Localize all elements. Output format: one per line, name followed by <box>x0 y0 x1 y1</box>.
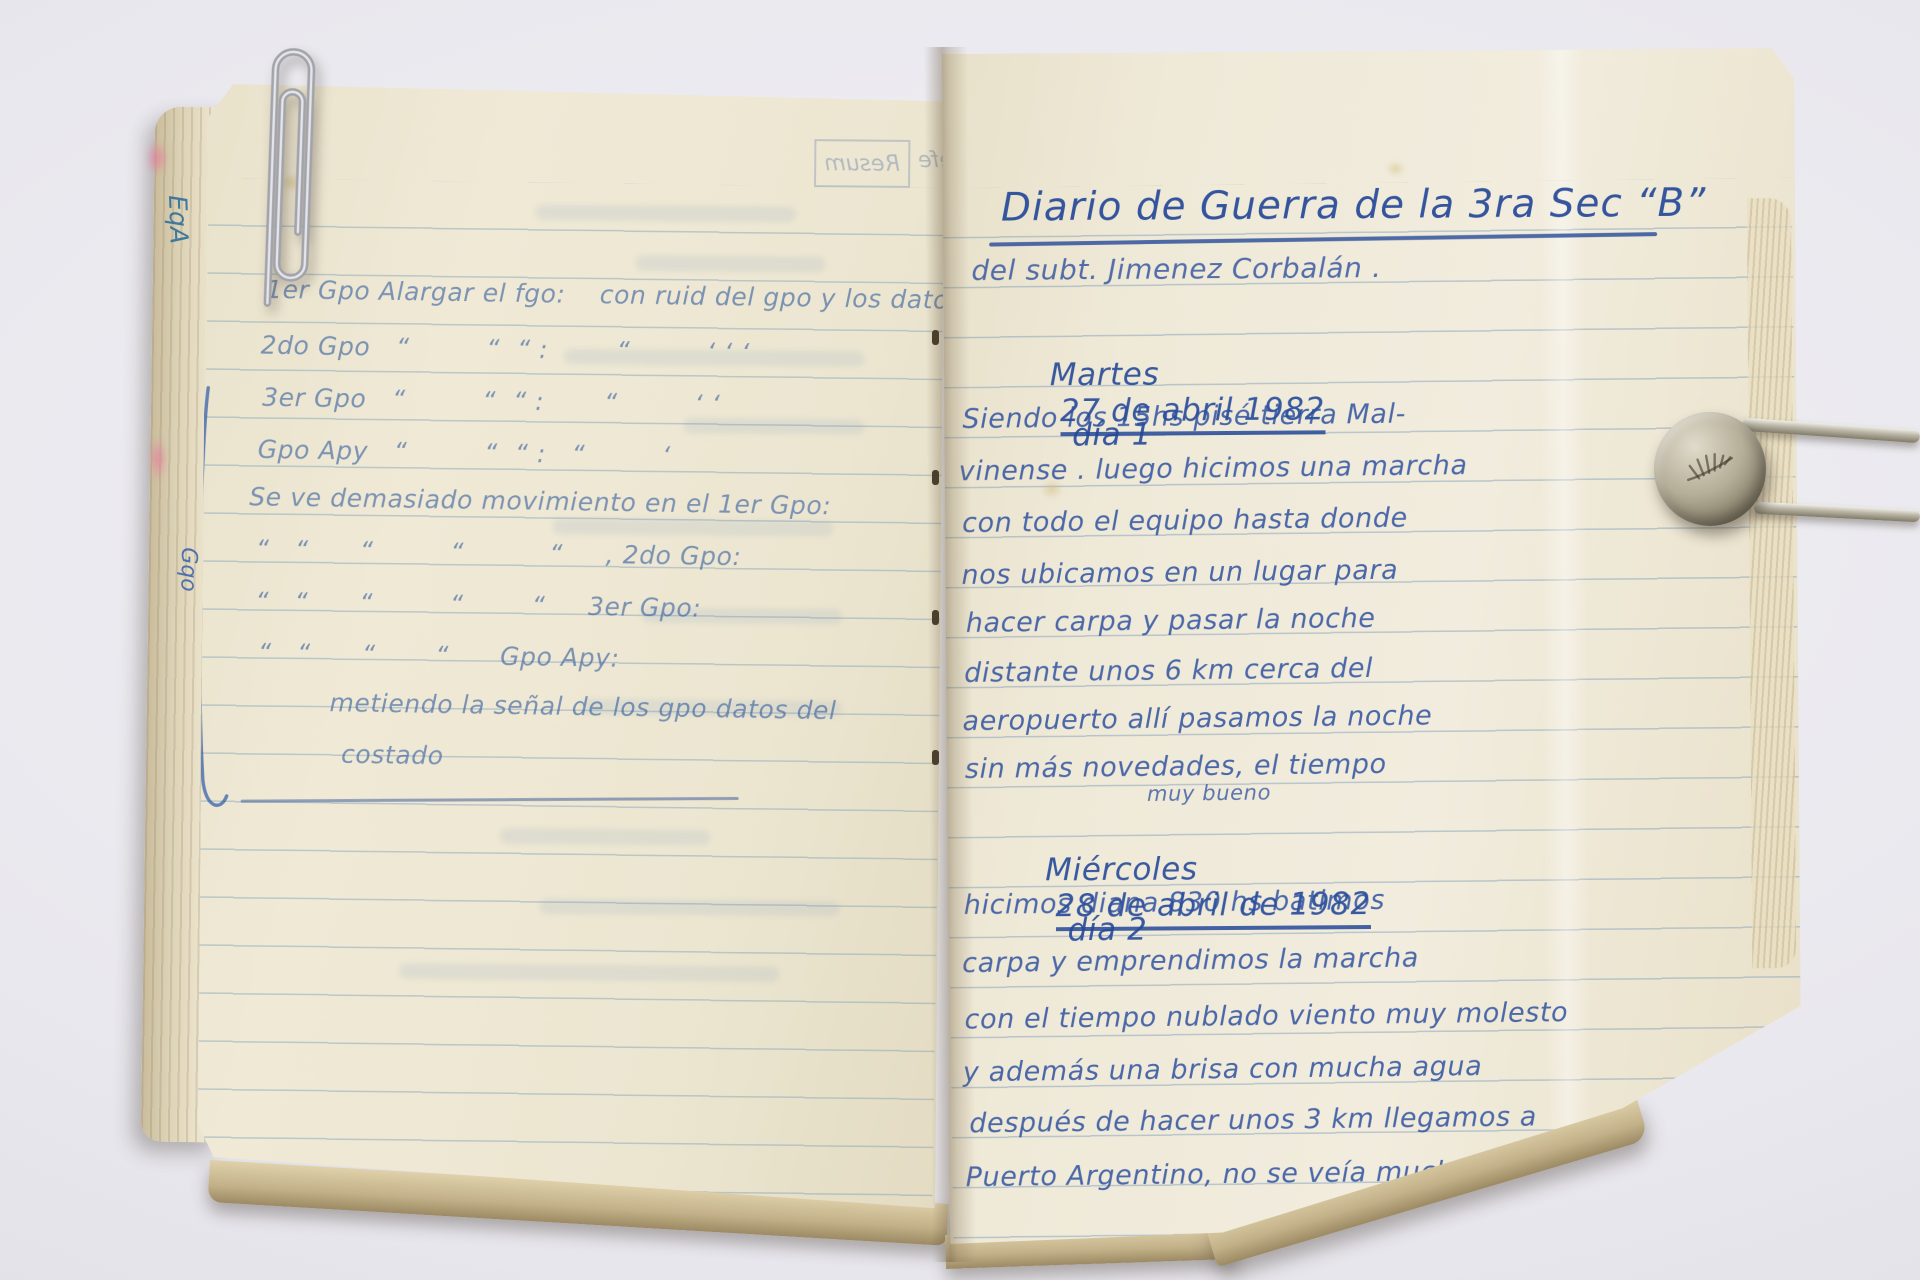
note-line: “ “ “ “ “ , 2do Gpo: <box>256 535 742 572</box>
pink-smudge <box>142 134 172 182</box>
note-line: Gpo Apy “ “ “ : “ ‘ <box>257 435 670 470</box>
diary-line: carpa y emprendimos la marcha <box>962 942 1419 979</box>
note-line: Se ve demasiado movimiento en el 1er Gpo… <box>249 482 832 520</box>
entry-2-day: Miércoles <box>1045 851 1198 888</box>
bleedthrough-smudge <box>635 256 825 273</box>
hand-divider-line <box>241 797 739 803</box>
bleedthrough-smudge <box>540 899 840 917</box>
diary-line: con todo el equipo hasta donde <box>962 503 1408 539</box>
diary-line: hicimos diana 830 hs batimos <box>964 885 1386 921</box>
diary-line: Siendo los 15hs pisé tierra Mal- <box>962 399 1406 435</box>
diary-line: sin más novedades, el tiempo <box>965 749 1387 785</box>
diary-line: distante unos 6 km cerca del <box>964 653 1373 689</box>
binding-stitch <box>932 330 939 345</box>
note-line: 2do Gpo “ “ “ : “ ‘ ‘ ‘ <box>260 331 750 368</box>
binding-stitch <box>932 750 939 765</box>
notebook: EqA Gqo Resum Jefe 1er Gpo Alargar el fg… <box>140 45 1820 1280</box>
photo-surface: EqA Gqo Resum Jefe 1er Gpo Alargar el fg… <box>0 0 1920 1280</box>
inserted-note: muy bueno <box>1147 780 1271 806</box>
fore-edge-stack <box>1747 198 1796 968</box>
page-sheen <box>1538 50 1592 1240</box>
diary-line: después de hacer unos 3 km llegamos a <box>969 1101 1537 1139</box>
thistle-icon <box>1671 430 1749 508</box>
note-line: “ “ “ “ “ 3er Gpo: <box>255 587 701 623</box>
bleedthrough-smudge <box>536 205 796 222</box>
diary-subtitle: del subt. Jimenez Corbalán . <box>971 251 1381 287</box>
diary-line: vinense . luego hicimos una marcha <box>959 450 1468 487</box>
bleedthrough-box-label: Resum <box>824 151 900 177</box>
paperclip <box>249 31 341 312</box>
bleedthrough-smudge <box>500 828 710 845</box>
diary-line: hacer carpa y pasar la noche <box>966 603 1376 639</box>
margin-tab-note-mid: Gqo <box>175 547 201 592</box>
bleedthrough-box: Resum <box>814 139 910 188</box>
margin-tab-note-top: EqA <box>163 195 194 245</box>
bleedthrough-smudge <box>684 418 864 435</box>
paper-stain <box>1383 159 1409 179</box>
diary-line: y además una brisa con mucha agua <box>963 1051 1483 1088</box>
diary-line: con el tiempo nublado viento muy molesto <box>964 997 1568 1035</box>
diary-title: Diario de Guerra de la 3ra Sec “B” <box>1001 181 1707 231</box>
bleedthrough-smudge <box>553 519 833 536</box>
pink-smudge <box>146 428 170 490</box>
note-line: 1er Gpo Alargar el fgo: con ruid del gpo… <box>266 275 963 315</box>
right-page: Diario de Guerra de la 3ra Sec “B” del s… <box>942 48 1802 1244</box>
diary-line: nos ubicamos en un lugar para <box>961 555 1398 591</box>
diary-line: aeropuerto allí pasamos la noche <box>962 700 1432 737</box>
binding-stitch <box>932 610 939 625</box>
metal-clasp-button <box>1654 412 1766 526</box>
note-line: 3er Gpo “ “ “ : “ ‘ ‘ <box>262 383 720 419</box>
note-line: “ “ “ “ Gpo Apy: <box>258 638 620 673</box>
note-line: metiendo la señal de los gpo datos del <box>329 688 837 725</box>
note-line: costado <box>341 740 444 771</box>
bleedthrough-smudge <box>399 964 779 982</box>
entry-1-day: Martes <box>1050 356 1160 393</box>
binding-stitch <box>932 470 939 485</box>
